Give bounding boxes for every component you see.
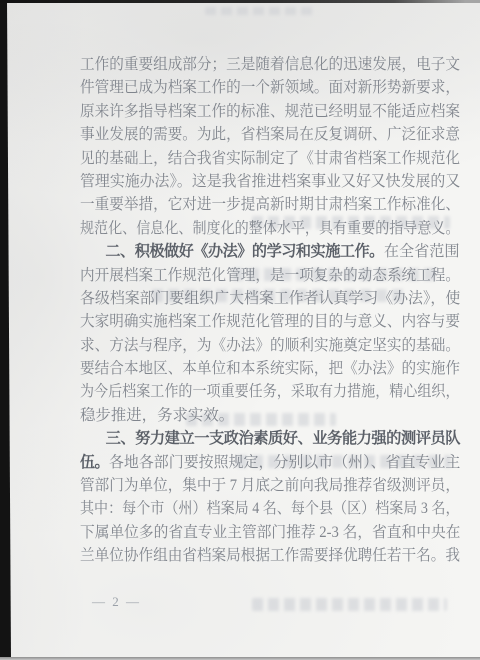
body-text: 见的基础上，结合我省实际制定了《甘肃省档案工作规范化 — [80, 150, 460, 167]
body-text: 下属单位多的省直专业主管部门推荐 2-3 名，省直和中央在 — [80, 524, 460, 541]
document-text-line: 工作的重要组成部分；三是随着信息化的迅速发展，电子文 — [80, 53, 440, 76]
document-text-line: 求、方法与程序，为《办法》的顺利实施奠定坚实的基础。 — [80, 334, 440, 357]
document-text-line: 稳步推进，务求实效。 — [80, 404, 460, 427]
document-text-line: 伍。各地各部门要按照规定，分别以市（州）、省直专业主 — [80, 451, 448, 474]
scanned-document-page: 工作的重要组成部分；三是随着信息化的迅速发展，电子文件管理已成为档案工作的一个新… — [0, 0, 480, 660]
body-text: 管部门为单位，集中于 7 月底之前向我局推荐省级测评员， — [80, 477, 460, 494]
body-text: 事业发展的需要。为此，省档案局在反复调研、广泛征求意 — [80, 126, 460, 143]
body-text: 为今后档案工作的一项重要任务，采取有力措施，精心组织， — [80, 383, 460, 400]
document-text-line: 二、积极做好《办法》的学习和实施工作。在全省范围 — [80, 240, 453, 263]
body-text: 原来许多指导档案工作的标准、规范已经明显不能适应档案 — [80, 103, 460, 120]
body-text: 兰单位协作组由省档案局根据工作需要择优聘任若干名。我 — [80, 547, 460, 564]
document-text-line: 管部门为单位，集中于 7 月底之前向我局推荐省级测评员， — [80, 474, 440, 497]
document-text-line: 原来许多指导档案工作的标准、规范已经明显不能适应档案 — [80, 100, 440, 123]
ink-bleed-ghost — [252, 598, 447, 611]
body-text: 要结合本地区、本单位和本系统实际，把《办法》的实施作 — [80, 360, 460, 377]
document-text-line: 件管理已成为档案工作的一个新领域。面对新形势新要求， — [80, 76, 440, 99]
body-text: 管理实施办法》。这是我省推进档案事业又好又快发展的又 — [80, 173, 460, 190]
heading-text: 伍。 — [80, 454, 109, 471]
document-text-line: 三、努力建立一支政治素质好、业务能力强的测评员队 — [80, 427, 456, 450]
page-number: — 2 — — [92, 594, 141, 610]
document-text-line: 各级档案部门要组织广大档案工作者认真学习《办法》，使 — [80, 287, 447, 310]
body-text: 各级档案部门要组织广大档案工作者认真学习《办法》，使 — [80, 290, 460, 307]
document-text-line: 其中：每个市（州）档案局 4 名、每个县（区）档案局 3 名， — [80, 497, 426, 520]
body-text: 件管理已成为档案工作的一个新领域。面对新形势新要求， — [80, 79, 460, 96]
body-text: 内开展档案工作规范化管理，是一项复杂的动态系统工程。 — [80, 267, 460, 284]
document-text-line: 事业发展的需要。为此，省档案局在反复调研、广泛征求意 — [80, 123, 440, 146]
body-text: 稳步推进，务求实效。 — [80, 407, 234, 424]
document-text-line: 大家明确实施档案工作规范化管理的目的与意义、内容与要 — [80, 310, 440, 333]
body-text: 其中：每个市（州）档案局 4 名、每个县（区）档案局 3 名， — [80, 500, 460, 517]
heading-text: 三、努力建立一支政治素质好、业务能力强的测评员队 — [106, 430, 460, 447]
document-text-line: 管理实施办法》。这是我省推进档案事业又好又快发展的又 — [80, 170, 447, 193]
document-text-line: 要结合本地区、本单位和本系统实际，把《办法》的实施作 — [80, 357, 440, 380]
document-text-line: 一重要举措，它对进一步提高新时期甘肃档案工作标准化、 — [80, 193, 440, 216]
document-text-line: 见的基础上，结合我省实际制定了《甘肃省档案工作规范化 — [80, 147, 440, 170]
scan-edge-left — [0, 0, 12, 660]
body-text: 在全省范围 — [384, 243, 460, 260]
body-text: 求、方法与程序，为《办法》的顺利实施奠定坚实的基础。 — [80, 337, 460, 354]
document-text-line: 为今后档案工作的一项重要任务，采取有力措施，精心组织， — [80, 380, 426, 403]
document-text-line: 内开展档案工作规范化管理，是一项复杂的动态系统工程。 — [80, 264, 440, 287]
body-text: 大家明确实施档案工作规范化管理的目的与意义、内容与要 — [80, 313, 460, 330]
body-text: 各地各部门要按照规定，分别以市（州）、省直专业主 — [109, 454, 460, 471]
document-text-line: 下属单位多的省直专业主管部门推荐 2-3 名，省直和中央在 — [80, 521, 443, 544]
body-text: 工作的重要组成部分；三是随着信息化的迅速发展，电子文 — [80, 56, 460, 73]
document-body: 工作的重要组成部分；三是随着信息化的迅速发展，电子文件管理已成为档案工作的一个新… — [80, 53, 462, 568]
ink-bleed-ghost — [205, 7, 315, 15]
scan-edge-top — [0, 0, 480, 3]
document-text-line: 规范化、信息化、制度化的整体水平，具有重要的指导意义。 — [80, 217, 426, 240]
heading-text: 二、积极做好《办法》的学习和实施工作。 — [105, 243, 383, 260]
document-text-line: 兰单位协作组由省档案局根据工作需要择优聘任若干名。我 — [80, 544, 440, 567]
body-text: 规范化、信息化、制度化的整体水平，具有重要的指导意义。 — [80, 220, 460, 237]
body-text: 一重要举措，它对进一步提高新时期甘肃档案工作标准化、 — [80, 196, 460, 213]
